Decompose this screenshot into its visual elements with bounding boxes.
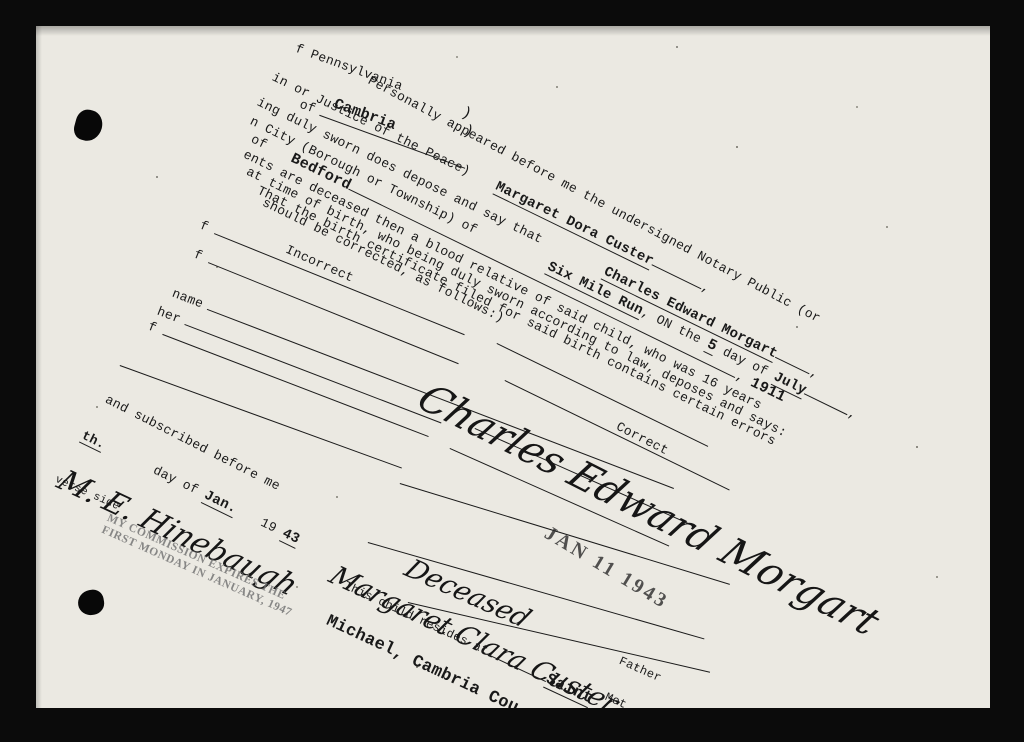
photo-background: f Pennsylvania ofCambria ) ) Personally … (0, 0, 1024, 742)
th-label: th. (79, 428, 108, 453)
day-of-label2: day of (151, 463, 201, 498)
column-header-correct: Correct (613, 420, 670, 459)
paper: f Pennsylvania ofCambria ) ) Personally … (36, 26, 990, 708)
year-value: 43 (279, 526, 302, 549)
hole-punch-bottom (76, 588, 106, 617)
hole-punch-top (71, 107, 105, 144)
field-stub-2: f (192, 247, 205, 264)
notary-month: Jan. (201, 488, 240, 519)
field-stub-1: f (198, 218, 211, 235)
paper-speckles (36, 26, 38, 28)
year-prefix: 19 (258, 515, 279, 536)
mother-label: Mot (602, 691, 628, 708)
field-stub-5: f (146, 319, 159, 336)
field-row-4: her (155, 302, 446, 428)
